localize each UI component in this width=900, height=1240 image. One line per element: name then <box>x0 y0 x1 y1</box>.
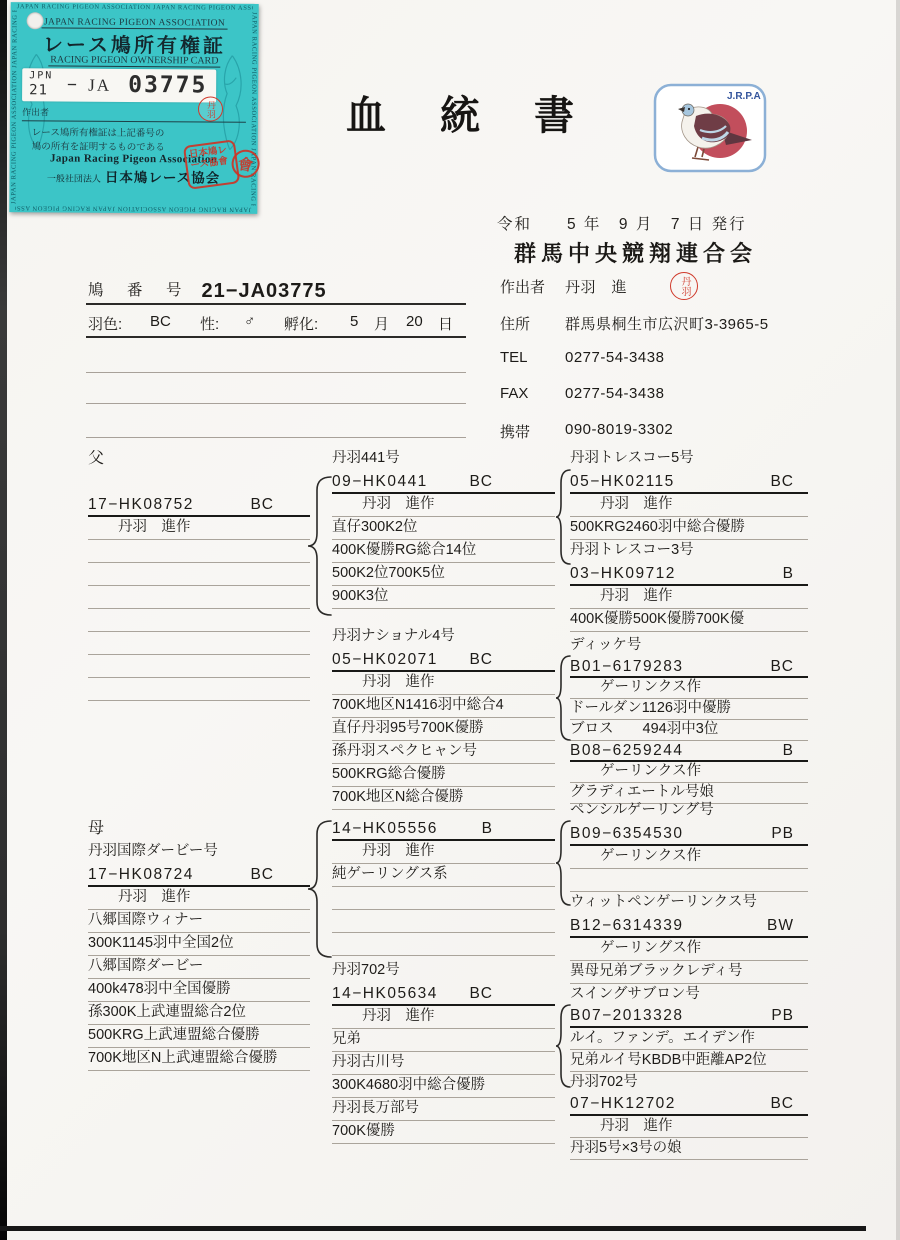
address-label: 住所 <box>500 313 530 334</box>
pedigree-ach-row: 直仔300K2位 <box>332 517 555 540</box>
ring-number-label: 鳩 番 号 <box>88 282 186 299</box>
pedigree-maker-row: 丹羽 進作 <box>570 586 808 609</box>
country-code: JPN <box>29 70 53 81</box>
month-unit: 月 <box>374 313 389 334</box>
pedigree-name-row: 丹羽トレスコー5号 <box>570 448 808 471</box>
scan-edge-left <box>0 0 7 1240</box>
pedigree-name-row: スイングサブロン号 <box>570 984 808 1006</box>
card-association-header: JAPAN RACING PIGEON ASSOCIATION <box>11 17 259 29</box>
pedigree-ach-row: 400k478羽中全国優勝 <box>88 979 310 1002</box>
pedigree-blank-row <box>88 563 310 586</box>
ring-number-row: 05−HK02071BC <box>332 649 555 672</box>
pedigree-maker-row: 丹羽 進作 <box>570 494 808 517</box>
hatch-day: 20 <box>406 313 423 330</box>
band-color-code: BC <box>469 983 493 1004</box>
pedigree-block-mother: 母丹羽国際ダービー号17−HK08724BC丹羽 進作八郷国際ウィナー300K1… <box>88 818 310 1071</box>
ownership-card: JAPAN RACING PIGEON ASSOCIATION JAPAN RA… <box>9 2 258 214</box>
pedigree-ach-row: 400K優勝RG総合14位 <box>332 540 555 563</box>
pedigree-ach-row: 700K地区N総合優勝 <box>332 787 555 810</box>
pedigree-name-row: 丹羽441号 <box>332 448 555 471</box>
band-color-code: BC <box>250 494 274 515</box>
band-color-code: PB <box>771 823 794 844</box>
blank-line <box>86 437 466 438</box>
ring-number-strip: JPN 21 − JA 03775 <box>22 68 216 102</box>
pedigree-blank-row <box>88 609 310 632</box>
ring-number: 03775 <box>128 72 207 99</box>
ring-separator: − <box>67 75 77 94</box>
pedigree-ach-row: ドールダン1126羽中優勝 <box>570 699 808 720</box>
pedigree-ach-row: 八郷国際ウィナー <box>88 910 310 933</box>
band-color-code: BC <box>770 1094 794 1114</box>
pedigree-spacer-row <box>88 471 310 494</box>
logo-label: J.R.P.A <box>727 91 761 102</box>
ring-number-row: 14−HK05634BC <box>332 983 555 1006</box>
pedigree-name-row: 丹羽702号 <box>332 960 555 983</box>
pedigree-maker-row: 丹羽 進作 <box>332 672 555 695</box>
pedigree-brace <box>306 820 332 958</box>
color-value: BC <box>150 313 171 330</box>
pedigree-block-mother-sire-parents: ペンシルゲーリング号B09−6354530PBゲーリンクス作ウィットペンゲーリン… <box>570 800 808 984</box>
address-value: 群馬県桐生市広沢町3-3965-5 <box>565 313 769 334</box>
day-unit: 日 <box>438 313 453 334</box>
ring-year: 21 <box>29 82 48 98</box>
address-row: 住所 群馬県桐生市広沢町3-3965-5 <box>500 313 870 337</box>
ring-number-row: B12−6314339BW <box>570 915 808 938</box>
bird-detail-row: 羽色: BC 性: ♂ 孵化: 5 月 20 日 <box>88 313 468 337</box>
pedigree-name-row: ディッケ号 <box>570 636 808 657</box>
pedigree-name-row: 丹羽トレスコー3号 <box>570 540 808 563</box>
pedigree-ach-row: 500KRG上武連盟総合優勝 <box>88 1025 310 1048</box>
pedigree-brace <box>554 1004 571 1088</box>
hatch-month: 5 <box>350 313 358 330</box>
pedigree-ach-row: 異母兄弟ブラックレディ号 <box>570 961 808 984</box>
blank-line <box>86 403 466 404</box>
fax-row: FAX 0277-54-3438 <box>500 385 870 409</box>
ring-number: B07−2013328 <box>570 1006 683 1026</box>
pedigree-ach-row: 丹羽長万部号 <box>332 1098 555 1121</box>
card-breeder-line: 作出者 <box>22 105 246 123</box>
pedigree-blank-row <box>88 678 310 701</box>
jrpa-pigeon-logo: J.R.P.A <box>652 82 768 174</box>
pedigree-maker-row: ゲーリンクス作 <box>570 762 808 783</box>
pedigree-name-row: ウィットペンゲーリンクス号 <box>570 892 808 915</box>
pedigree-blank-row <box>88 632 310 655</box>
pedigree-brace <box>306 476 332 616</box>
pedigree-maker-row: 丹羽 進作 <box>570 1116 808 1138</box>
band-color-code: PB <box>771 1006 794 1026</box>
pedigree-ach-row: 700K優勝 <box>332 1121 555 1144</box>
mobile-value: 090-8019-3302 <box>565 421 673 438</box>
pedigree-ach-row: 孫丹羽スペクヒャン号 <box>332 741 555 764</box>
tel-label: TEL <box>500 349 528 366</box>
pedigree-ach-row: 直仔丹羽95号700K優勝 <box>332 718 555 741</box>
ruled-line <box>86 336 466 338</box>
fax-label: FAX <box>500 385 528 402</box>
pedigree-maker-row: ゲーリンクス作 <box>570 678 808 699</box>
band-color-code: BC <box>770 657 794 676</box>
pedigree-ach-row: 300K4680羽中総合優勝 <box>332 1075 555 1098</box>
pedigree-block-mother-dam: 丹羽702号14−HK05634BC丹羽 進作兄弟丹羽古川号300K4680羽中… <box>332 960 555 1144</box>
pedigree-blank-row <box>332 910 555 933</box>
pedigree-brace <box>554 655 571 741</box>
ring-number: 05−HK02071 <box>332 649 438 670</box>
pedigree-ach-row: ルイ。ファンデ。エイデン作 <box>570 1028 808 1050</box>
ring-number: 14−HK05634 <box>332 983 438 1004</box>
ring-number: 03−HK09712 <box>570 563 676 584</box>
issue-date: 令和 5 年 9 月 7 日 発行 <box>497 212 747 234</box>
ring-number-row: 03−HK09712B <box>570 563 808 586</box>
ring-number: 17−HK08724 <box>88 864 194 885</box>
pedigree-ach-row: ブロス 494羽中3位 <box>570 720 808 741</box>
band-color-code: BC <box>250 864 274 885</box>
association-prefix: 一般社団法人 <box>47 173 101 183</box>
tel-value: 0277-54-3438 <box>565 349 664 366</box>
pedigree-brace <box>554 820 571 906</box>
pedigree-blank-row <box>332 933 555 956</box>
pedigree-maker-row: 丹羽 進作 <box>332 1006 555 1029</box>
fax-value: 0277-54-3438 <box>565 385 664 402</box>
pedigree-ach-row: 500K2位700K5位 <box>332 563 555 586</box>
ring-number: B09−6354530 <box>570 823 683 844</box>
band-color-code: B <box>482 818 493 839</box>
pedigree-label-row: 父 <box>88 448 310 471</box>
pedigree-name-row: 丹羽国際ダービー号 <box>88 841 310 864</box>
pedigree-block-father-dam-parents: ディッケ号B01−6179283BCゲーリンクス作ドールダン1126羽中優勝ブロ… <box>570 636 808 804</box>
pedigree-maker-row: 丹羽 進作 <box>332 494 555 517</box>
pedigree-name-row: 丹羽702号 <box>570 1072 808 1094</box>
breeder-name-row: 作出者 丹羽 進 丹羽 <box>500 276 870 300</box>
issuing-organization: 群馬中央競翔連合会 <box>514 237 757 268</box>
blank-line <box>86 372 466 373</box>
pedigree-block-father-sire: 丹羽441号09−HK0441BC丹羽 進作直仔300K2位400K優勝RG総合… <box>332 448 555 609</box>
card-note-line2: 鳩の所有を証明するものである <box>32 138 165 153</box>
pedigree-label-row: 母 <box>88 818 310 841</box>
pedigree-blank-row <box>570 869 808 892</box>
ring-number: 09−HK0441 <box>332 471 428 492</box>
pedigree-ach-row: 300K1145羽中全国2位 <box>88 933 310 956</box>
ring-number: B12−6314339 <box>570 915 683 936</box>
ruled-line <box>86 303 466 305</box>
ring-number-row: 05−HK02115BC <box>570 471 808 494</box>
ring-number-row: 07−HK12702BC <box>570 1094 808 1116</box>
document-title: 血統書 <box>346 84 628 141</box>
pedigree-ach-row: 丹羽5号×3号の娘 <box>570 1138 808 1160</box>
band-color-code: B <box>783 741 794 760</box>
ring-number: B01−6179283 <box>570 657 683 676</box>
scanned-pedigree-certificate: JAPAN RACING PIGEON ASSOCIATION JAPAN RA… <box>0 0 900 1240</box>
pedigree-block-father-dam: 丹羽ナショナル4号05−HK02071BC丹羽 進作700K地区N1416羽中総… <box>332 626 555 810</box>
ring-number-row: B09−6354530PB <box>570 823 808 846</box>
band-color-code: BW <box>767 915 794 936</box>
ring-number-row: B08−6259244B <box>570 741 808 762</box>
pedigree-ach-row: 丹羽古川号 <box>332 1052 555 1075</box>
band-color-code: B <box>783 563 794 584</box>
bird-ring-row: 鳩 番 号21−JA03775 <box>88 278 468 302</box>
pedigree-blank-row <box>88 586 310 609</box>
pedigree-ach-row: 500KRG総合優勝 <box>332 764 555 787</box>
pedigree-block-father: 父17−HK08752BC丹羽 進作 <box>88 448 310 701</box>
card-border-text-top: JAPAN RACING PIGEON ASSOCIATION JAPAN RA… <box>17 3 253 14</box>
ring-number-row: 17−HK08752BC <box>88 494 310 517</box>
pedigree-block-father-sire-parents: 丹羽トレスコー5号05−HK02115BC丹羽 進作500KRG2460羽中総合… <box>570 448 808 632</box>
ring-number-row: 14−HK05556B <box>332 818 555 841</box>
pedigree-ach-row: 500KRG2460羽中総合優勝 <box>570 517 808 540</box>
ring-number-row: 17−HK08724BC <box>88 864 310 887</box>
tel-row: TEL 0277-54-3438 <box>500 349 870 373</box>
pedigree-name-row: 丹羽ナショナル4号 <box>332 626 555 649</box>
pedigree-maker-row: ゲーリンクス作 <box>570 846 808 869</box>
pedigree-block-mother-dam-parents: スイングサブロン号B07−2013328PBルイ。ファンデ。エイデン作兄弟ルイ号… <box>570 984 808 1160</box>
breeder-name: 丹羽 進 <box>565 276 627 297</box>
pedigree-ach-row: 兄弟ルイ号KBDB中距離AP2位 <box>570 1050 808 1072</box>
pedigree-ach-row: 400K優勝500K優勝700K優 <box>570 609 808 632</box>
pedigree-maker-row: 丹羽 進作 <box>332 841 555 864</box>
hatch-label: 孵化: <box>284 313 318 334</box>
band-color-code: BC <box>469 471 493 492</box>
pedigree-maker-row: ゲーリングス作 <box>570 938 808 961</box>
breeder-label: 作出者 <box>500 276 545 297</box>
pedigree-ach-row: 純ゲーリングス系 <box>332 864 555 887</box>
ring-number: 05−HK02115 <box>570 471 675 492</box>
color-label: 羽色: <box>88 313 122 334</box>
pedigree-ach-row: 兄弟 <box>332 1029 555 1052</box>
pedigree-maker-row: 丹羽 進作 <box>88 517 310 540</box>
niwa-seal-stamp: 丹羽 <box>670 272 698 300</box>
pedigree-ach-row: 700K地区N1416羽中総合4 <box>332 695 555 718</box>
pedigree-blank-row <box>88 655 310 678</box>
bird-ring-number: 21−JA03775 <box>202 280 327 302</box>
ring-number: 07−HK12702 <box>570 1094 676 1114</box>
mobile-label: 携帯 <box>500 421 530 442</box>
card-subtitle: RACING PIGEON OWNERSHIP CARD <box>10 54 258 67</box>
pedigree-ach-row: 900K3位 <box>332 586 555 609</box>
pedigree-name-row: ペンシルゲーリング号 <box>570 800 808 823</box>
ring-number: B08−6259244 <box>570 741 683 760</box>
band-color-code: BC <box>770 471 794 492</box>
scan-edge-bottom <box>0 1226 866 1231</box>
card-border-text-bottom: JAPAN RACING PIGEON ASSOCIATION JAPAN RA… <box>15 202 251 213</box>
pedigree-blank-row <box>332 887 555 910</box>
pedigree-blank-row <box>88 540 310 563</box>
pedigree-ach-row: 八郷国際ダービー <box>88 956 310 979</box>
pedigree-brace <box>554 469 571 565</box>
pedigree-maker-row: 丹羽 進作 <box>88 887 310 910</box>
pedigree-ach-row: 700K地区N上武連盟総合優勝 <box>88 1048 310 1071</box>
pedigree-ach-row: 孫300K上武連盟総合2位 <box>88 1002 310 1025</box>
sex-value: ♂ <box>244 313 255 330</box>
ring-number: 17−HK08752 <box>88 494 194 515</box>
card-note-line1: レース鳩所有権証は上記番号の <box>32 124 165 139</box>
ring-number: 14−HK05556 <box>332 818 438 839</box>
ring-number-row: 09−HK0441BC <box>332 471 555 494</box>
pedigree-block-mother-sire: 14−HK05556B丹羽 進作純ゲーリングス系 <box>332 818 555 956</box>
mobile-row: 携帯 090-8019-3302 <box>500 421 870 445</box>
band-color-code: BC <box>469 649 493 670</box>
scan-edge-right <box>896 0 900 1240</box>
ring-series: JA <box>88 76 111 96</box>
sex-label: 性: <box>200 313 219 334</box>
ring-number-row: B07−2013328PB <box>570 1006 808 1028</box>
ring-number-row: B01−6179283BC <box>570 657 808 678</box>
